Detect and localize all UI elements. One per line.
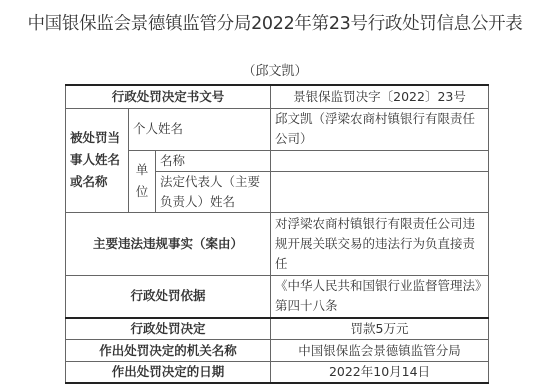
decision-number-value: 景银保监罚决字〔2022〕23号 xyxy=(271,85,489,108)
table-row-authority: 作出处罚决定的机关名称 中国银保监会景德镇监管分局 xyxy=(66,340,489,362)
individual-name-value: 邱文凯（浮梁农商村镇银行有限责任公司） xyxy=(271,108,489,150)
table-row-unit-name: 单位 名称 xyxy=(66,150,489,171)
table-row-individual: 被处罚当事人姓名或名称 个人姓名 邱文凯（浮梁农商村镇银行有限责任公司） xyxy=(66,108,489,150)
table-row-basis: 行政处罚依据 《中华人民共和国银行业监督管理法》第四十八条 xyxy=(66,275,489,318)
date-label: 作出处罚决定的日期 xyxy=(66,362,271,384)
authority-label: 作出处罚决定的机关名称 xyxy=(66,340,271,362)
table-row-facts: 主要违法违规事实（案由） 对浮梁农商村镇银行有限责任公司违规开展关联交易的违法行… xyxy=(66,212,489,275)
table-row-decision: 行政处罚决定 罚款5万元 xyxy=(66,318,489,340)
penalty-info-table: 行政处罚决定书文号 景银保监罚决字〔2022〕23号 被处罚当事人姓名或名称 个… xyxy=(65,84,489,384)
unit-name-value xyxy=(271,150,489,171)
party-group-label: 被处罚当事人姓名或名称 xyxy=(66,108,129,212)
date-value: 2022年10月14日 xyxy=(271,362,489,384)
decision-label: 行政处罚决定 xyxy=(66,318,271,340)
basis-value: 《中华人民共和国银行业监督管理法》第四十八条 xyxy=(271,275,489,318)
table-row-decision-number: 行政处罚决定书文号 景银保监罚决字〔2022〕23号 xyxy=(66,85,489,108)
facts-label: 主要违法违规事实（案由） xyxy=(66,212,271,275)
legal-rep-label: 法定代表人（主要负责人）姓名 xyxy=(156,171,271,212)
decision-value: 罚款5万元 xyxy=(271,318,489,340)
individual-name-label: 个人姓名 xyxy=(129,108,271,150)
unit-name-label: 名称 xyxy=(156,150,271,171)
decision-number-label: 行政处罚决定书文号 xyxy=(66,85,271,108)
basis-label: 行政处罚依据 xyxy=(66,275,271,318)
authority-value: 中国银保监会景德镇监管分局 xyxy=(271,340,489,362)
table-row-date: 作出处罚决定的日期 2022年10月14日 xyxy=(66,362,489,384)
document-title: 中国银保监会景德镇监管分局2022年第23号行政处罚信息公开表 xyxy=(0,10,550,35)
unit-label: 单位 xyxy=(129,150,156,212)
legal-rep-value xyxy=(271,171,489,212)
document-subtitle: （邱文凯） xyxy=(0,60,550,79)
facts-value: 对浮梁农商村镇银行有限责任公司违规开展关联交易的违法行为负直接责任 xyxy=(271,212,489,275)
